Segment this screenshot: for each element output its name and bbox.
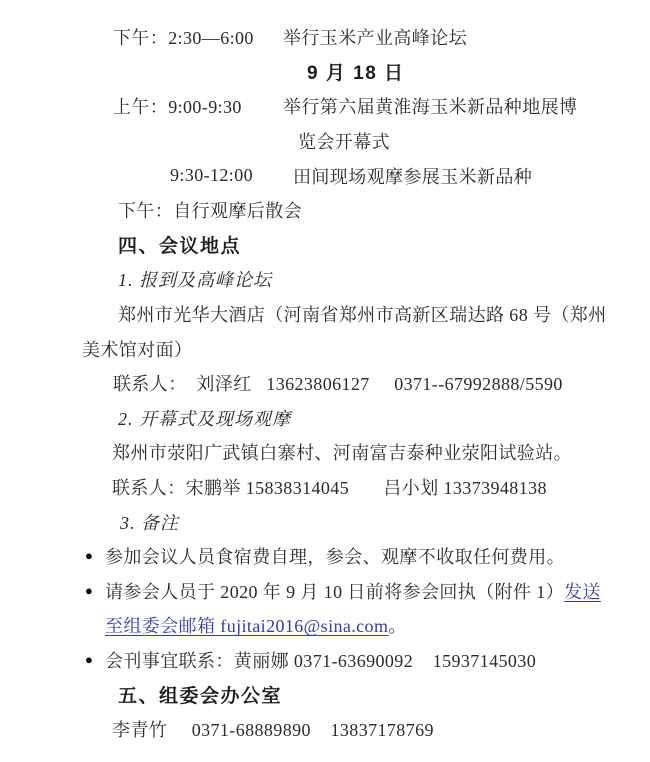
sub1-title-row: 1. 报到及高峰论坛 <box>82 262 570 297</box>
sub1-contact-row: 联系人： 刘泽红 13623806127 0371--67992888/5590 <box>113 366 570 401</box>
contact-text: 李青竹 0371-68889890 13837178769 <box>112 716 434 742</box>
sub2-title-row: 2. 开幕式及现场观摩 <box>82 401 570 436</box>
schedule-row-afternoon-17: 下午：2:30—6:00 举行玉米产业高峰论坛 <box>113 20 570 55</box>
contact-text: 联系人：宋鹏举 15838314045 吕小划 13373948138 <box>112 474 547 500</box>
office-contact-row: 李青竹 0371-68889890 13837178769 <box>112 712 570 747</box>
remark-bullet-3: ● 会刊事宜联系：黄丽娜 0371-63690092 15937145030 <box>85 643 570 678</box>
section-location-heading: 四、会议地点 <box>118 231 241 258</box>
section-office-heading: 五、组委会办公室 <box>118 681 282 708</box>
section-office-heading-row: 五、组委会办公室 <box>82 677 570 712</box>
sub2-address-row: 郑州市荥阳广武镇白寨村、河南富吉泰种业荥阳试验站。 <box>112 435 570 470</box>
sub3-title-row: 3. 备注 <box>82 504 570 539</box>
schedule-activity: 田间现场观摩参展玉米新品种 <box>293 163 532 189</box>
schedule-row-morning-wrap: 览会开幕式 <box>82 124 570 159</box>
document-page: 下午：2:30—6:00 举行玉米产业高峰论坛 9 月 18 日 上午：9:00… <box>0 0 650 762</box>
schedule-row-dismiss: 下午：自行观摩后散会 <box>118 193 570 228</box>
bullet-icon: ● <box>85 548 105 564</box>
section-location-heading-row: 四、会议地点 <box>82 228 570 263</box>
sub3-title: 3. 备注 <box>120 509 179 535</box>
schedule-activity: 举行玉米产业高峰论坛 <box>283 24 467 50</box>
schedule-row-morning: 上午：9:00-9:30 举行第六届黄淮海玉米新品种地展博 <box>113 89 570 124</box>
sub1-address-line2: 美术馆对面） <box>82 331 570 366</box>
sub2-contact-row: 联系人：宋鹏举 15838314045 吕小划 13373948138 <box>112 470 570 505</box>
remark-text-tail: 。 <box>388 612 406 638</box>
address-text: 郑州市荥阳广武镇白寨村、河南富吉泰种业荥阳试验站。 <box>112 439 572 465</box>
schedule-time: 上午：9:00-9:30 <box>113 93 283 119</box>
schedule-activity-continued: 览会开幕式 <box>298 128 390 154</box>
email-link-part2[interactable]: 至组委会邮箱 fujitai2016@sina.com <box>105 612 388 638</box>
remark-bullet-1: ● 参加会议人员食宿费自理，参会、观摩不收取任何费用。 <box>85 539 570 574</box>
email-link-part1[interactable]: 发送 <box>564 578 601 604</box>
date-header-row: 9 月 18 日 <box>82 55 570 90</box>
remark-bullet-2-wrap: 至组委会邮箱 fujitai2016@sina.com 。 <box>82 608 570 643</box>
schedule-text: 下午：自行观摩后散会 <box>118 197 302 223</box>
sub1-address-line1: 郑州市光华大酒店（河南省郑州市高新区瑞达路 68 号（郑州 <box>118 297 570 332</box>
schedule-row-field-tour: 9:30-12:00 田间现场观摩参展玉米新品种 <box>170 158 570 193</box>
contact-text: 联系人： 刘泽红 13623806127 0371--67992888/5590 <box>113 370 563 396</box>
date-header: 9 月 18 日 <box>307 58 405 85</box>
remark-text: 参加会议人员食宿费自理，参会、观摩不收取任何费用。 <box>105 543 565 569</box>
bullet-icon: ● <box>85 652 105 668</box>
address-text: 美术馆对面） <box>82 336 192 362</box>
remark-text: 请参会人员于 2020 年 9 月 10 日前将参会回执（附件 1） <box>105 578 564 604</box>
bullet-icon: ● <box>85 583 105 599</box>
sub1-title: 1. 报到及高峰论坛 <box>118 266 272 292</box>
address-text: 郑州市光华大酒店（河南省郑州市高新区瑞达路 68 号（郑州 <box>118 301 607 327</box>
remark-text: 会刊事宜联系：黄丽娜 0371-63690092 15937145030 <box>105 647 536 673</box>
sub2-title: 2. 开幕式及现场观摩 <box>118 405 291 431</box>
schedule-activity: 举行第六届黄淮海玉米新品种地展博 <box>283 93 577 119</box>
schedule-time: 9:30-12:00 <box>170 165 293 186</box>
schedule-time: 下午：2:30—6:00 <box>113 24 283 50</box>
remark-bullet-2: ● 请参会人员于 2020 年 9 月 10 日前将参会回执（附件 1） 发送 <box>85 574 570 609</box>
